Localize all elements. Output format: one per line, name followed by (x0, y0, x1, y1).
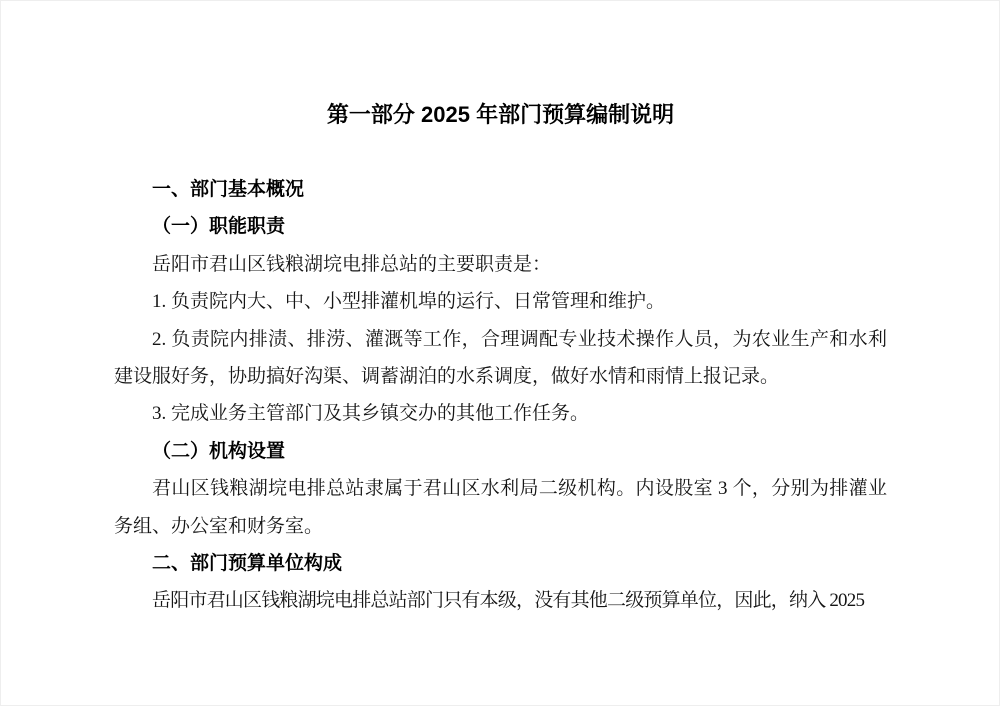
heading-subsection-1-1-functions-duties: （一）职能职责 (114, 208, 887, 245)
paragraph-duties-intro: 岳阳市君山区钱粮湖垸电排总站的主要职责是： (114, 246, 887, 283)
document-title: 第一部分 2025 年部门预算编制说明 (114, 100, 887, 130)
paragraph-duty-2: 2. 负责院内排渍、排涝、灌溉等工作，合理调配专业技术操作人员，为农业生产和水利… (114, 321, 887, 396)
paragraph-duty-1: 1. 负责院内大、中、小型排灌机埠的运行、日常管理和维护。 (114, 283, 887, 320)
document-page: 第一部分 2025 年部门预算编制说明 一、部门基本概况 （一）职能职责 岳阳市… (0, 0, 1000, 706)
paragraph-budget-unit-composition: 岳阳市君山区钱粮湖垸电排总站部门只有本级，没有其他二级预算单位，因此，纳入 20… (114, 582, 887, 619)
heading-subsection-1-2-organization-setup: （二）机构设置 (114, 433, 887, 470)
document-body: 一、部门基本概况 （一）职能职责 岳阳市君山区钱粮湖垸电排总站的主要职责是： 1… (114, 171, 887, 620)
paragraph-duty-3: 3. 完成业务主管部门及其乡镇交办的其他工作任务。 (114, 395, 887, 432)
heading-section-1-basic-overview: 一、部门基本概况 (114, 171, 887, 208)
paragraph-organization-structure: 君山区钱粮湖垸电排总站隶属于君山区水利局二级机构。内设股室 3 个，分别为排灌业… (114, 470, 887, 545)
heading-section-2-budget-unit-composition: 二、部门预算单位构成 (114, 545, 887, 582)
